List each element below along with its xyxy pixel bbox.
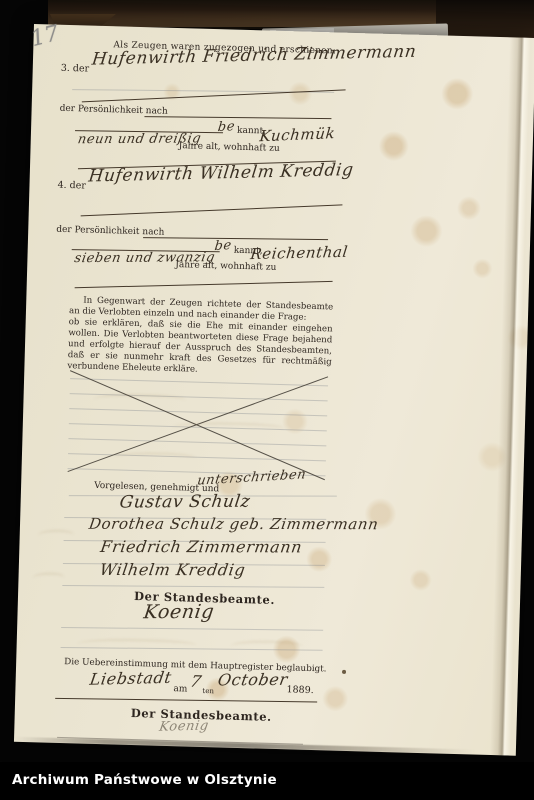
witness-signature: Gustav Schulz: [118, 492, 251, 513]
am-label: am: [173, 684, 187, 694]
date-rule: [55, 698, 317, 703]
scan-photo: { "caption": { "text": "Archiwum Państwo…: [0, 0, 534, 800]
archive-caption-bar: Archiwum Państwowe w Olsztynie: [0, 762, 534, 800]
ruled-line: [70, 378, 328, 386]
ten-label: ten: [202, 687, 214, 695]
witness-signature: Friedrich Zimmermann: [99, 537, 303, 556]
bleed-through-writing: [93, 393, 185, 408]
ruled-line: [62, 585, 324, 588]
identity-label: der Persönlichkeit nach: [60, 104, 168, 117]
archive-caption: Archiwum Państwowe w Olsztynie: [12, 772, 277, 788]
certification-year: 1889.: [286, 684, 313, 696]
witness3-prefix: 3. der: [61, 63, 90, 75]
certification-month-handwriting: October: [216, 670, 289, 690]
bleed-through-writing: [112, 451, 196, 465]
ruled-line: [68, 438, 326, 446]
signature-rule: [81, 204, 343, 216]
known-handwriting: be: [214, 238, 233, 254]
identity-label: der Persönlichkeit nach: [56, 225, 164, 238]
registrar-signature-faint: Koenig: [158, 718, 210, 734]
residence-handwriting: Reichenthal: [249, 243, 349, 263]
witness-signature: Dorothea Schulz geb. Zimmermann: [88, 515, 380, 534]
signature-rule: [75, 281, 333, 288]
fill-line: [143, 237, 328, 240]
declaration-paragraph-2: ob sie erklären, daß sie die Ehe mit ein…: [67, 317, 332, 379]
bleed-through-writing: [32, 572, 64, 585]
gutter-fold: [490, 37, 534, 755]
cancellation-cross: [68, 370, 329, 477]
bleed-through-writing: [173, 421, 285, 436]
bleed-through-writing: [77, 637, 197, 652]
book-page: Als Zeugen waren zugezogen und erschiene…: [14, 24, 534, 756]
ink-speck: [342, 670, 346, 674]
witness4-prefix: 4. der: [57, 180, 86, 192]
certification-day-handwriting: 7: [188, 672, 203, 691]
ruled-line: [69, 408, 327, 416]
certification-place-handwriting: Liebstadt: [88, 668, 173, 689]
witness4-name-handwriting: Hufenwirth Wilhelm Kreddig: [87, 160, 354, 187]
witness-signature: Wilhelm Kreddig: [99, 560, 247, 579]
residence-handwriting: Kuchmük: [259, 124, 336, 145]
bleed-through-writing: [231, 640, 303, 654]
ruled-line: [61, 627, 323, 631]
fill-line: [144, 116, 331, 119]
known-handwriting: be: [217, 119, 236, 135]
bleed-through-writing: [38, 529, 74, 542]
registrar-signature: Koenig: [142, 601, 215, 624]
bottom-edge-smudge: [14, 737, 516, 756]
